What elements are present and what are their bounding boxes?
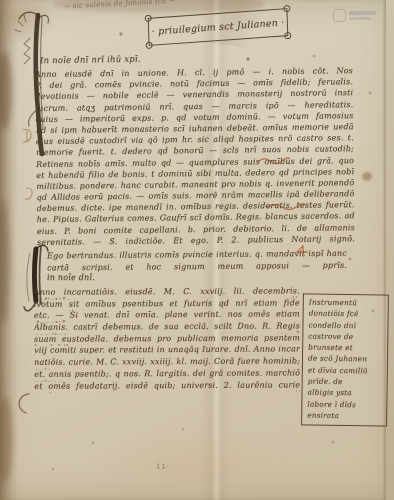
underlying-leaf <box>386 0 394 500</box>
parchment-speckles <box>0 0 2 2</box>
text-line: Albanis. castrī debemus. de sua ecclā. s… <box>34 321 300 334</box>
margin-paraph-mark <box>20 128 34 144</box>
notary-subscription-last-line: in noīe dnī. <box>47 273 95 282</box>
red-ink-flourish <box>256 156 292 165</box>
charter-paragraph-1: Anno eiusdē dnī in unione. H. cl. ij pmō… <box>35 66 355 249</box>
margin-paraph-mark <box>23 186 35 200</box>
text-line: et omēs feudatarij. eisdē quib; universi… <box>34 380 300 393</box>
banner-title: · priuilegium sct Julianen · <box>151 17 284 37</box>
bottom-pen-flourish <box>12 390 34 418</box>
ink-spot <box>362 172 372 181</box>
invocation-line: In noīe dnī nrī ihū xpī. <box>40 54 180 66</box>
watermark <box>333 9 376 22</box>
watermark-logo-icon <box>333 9 346 22</box>
margin-note-box: Instrumentūdonatiōis fcēcondello dnīcast… <box>301 293 389 426</box>
watermark-text-blur <box>349 11 376 20</box>
folio-number: 11· <box>156 463 170 471</box>
banner-corner-ring-icon <box>146 42 153 49</box>
text-line: ensirata <box>307 410 382 422</box>
manuscript-photo: ~ sic solēnis de Johānis ſcā ~ · priuile… <box>0 0 394 500</box>
red-ink-mark <box>294 244 310 256</box>
bottom-discoloration <box>96 428 306 500</box>
red-ink-flourish <box>266 202 308 212</box>
banner-corner-ring-icon <box>145 15 152 22</box>
charter-paragraph-2: Anno incarnatiōis. eiusdē. M. C. xxviij.… <box>34 286 301 393</box>
text-line: Anno incarnatiōis. eiusdē. M. C. xxviij.… <box>34 286 300 299</box>
